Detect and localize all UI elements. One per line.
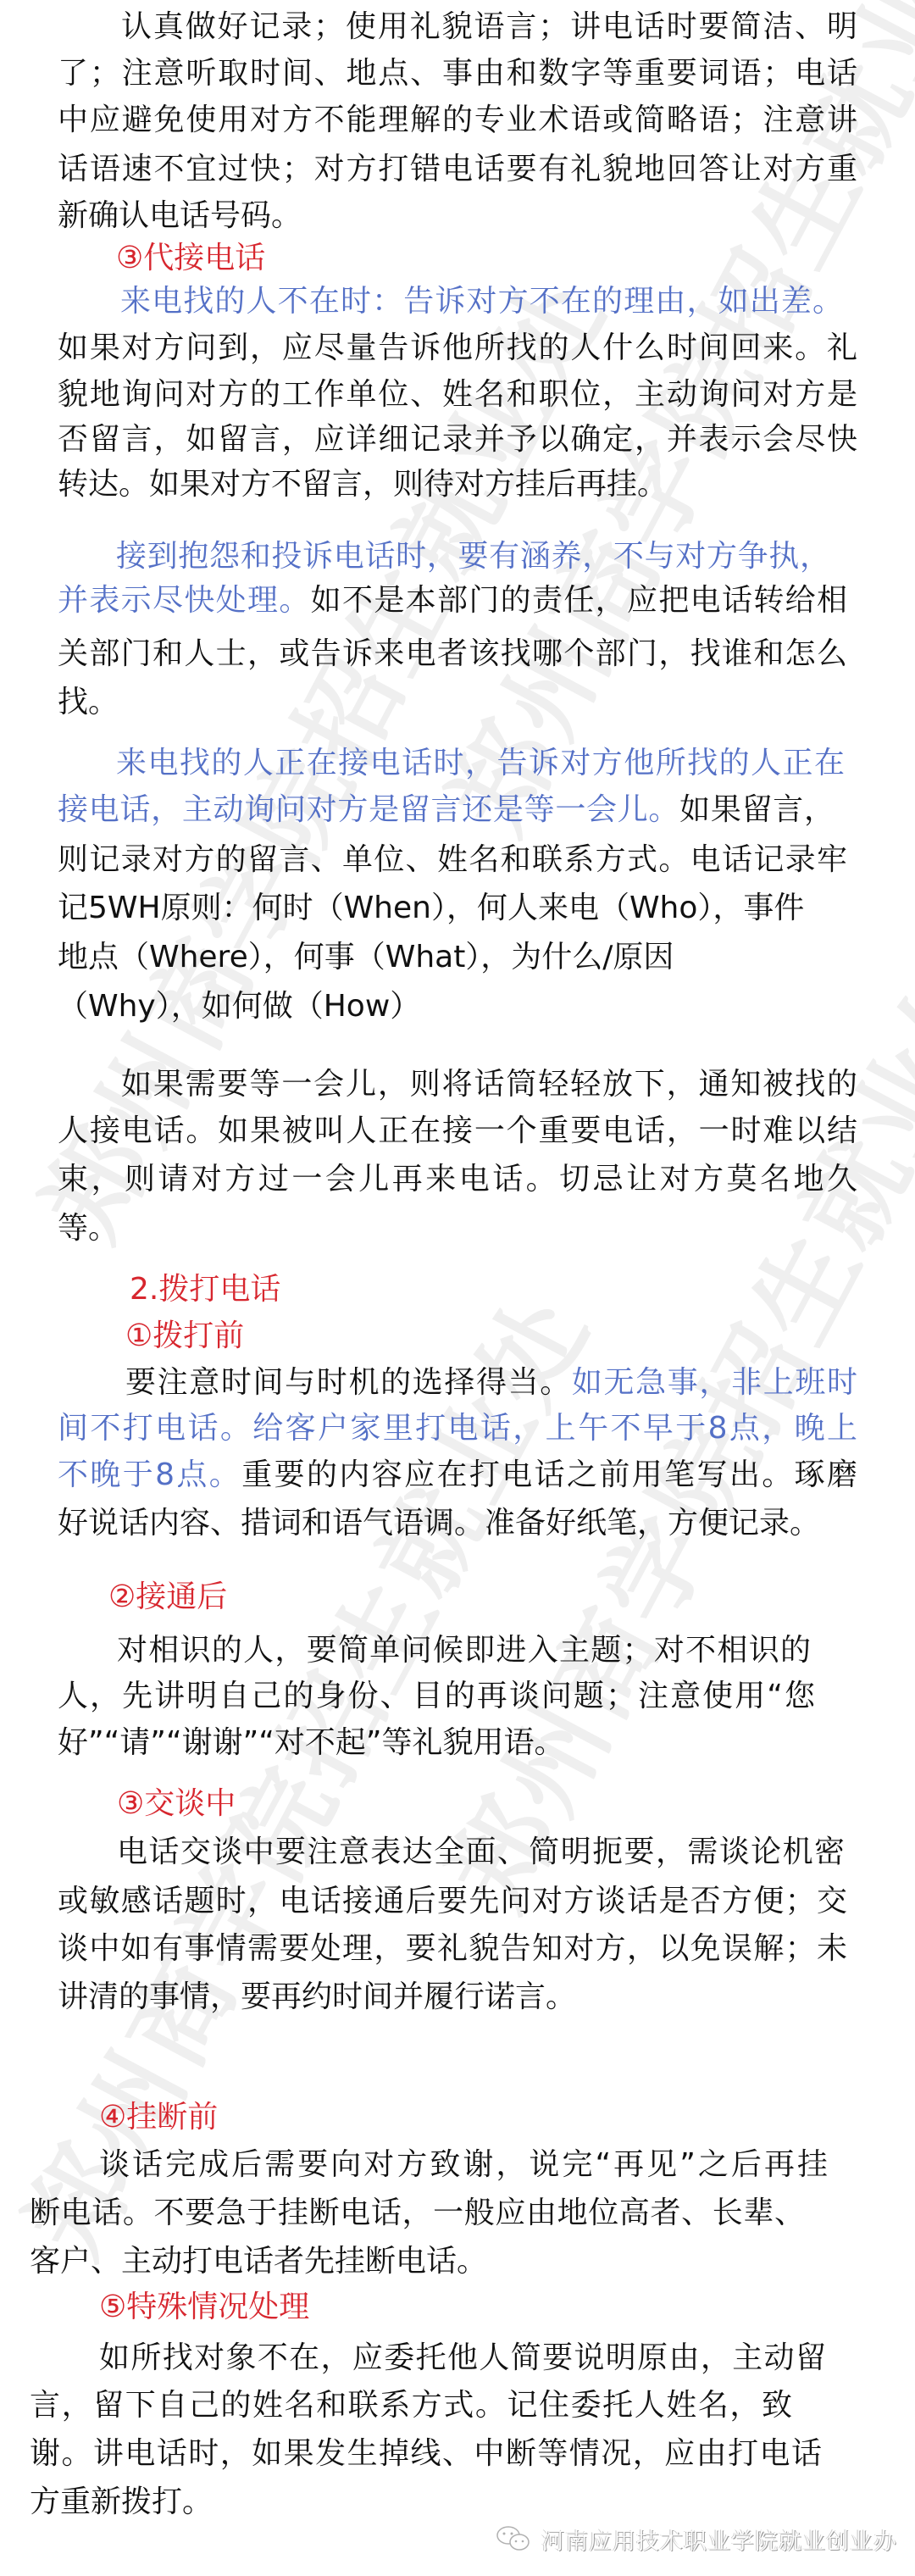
text-line: 来电找的人不在时：告诉对方不在的理由，如出差。 (120, 278, 843, 325)
text-line: 来电找的人正在接电话时，告诉对方他所找的人正在 (116, 740, 845, 787)
text-line: 电话交谈中要注意表达全面、简明扼要，需谈论机密 (117, 1829, 845, 1876)
section-heading: 2.拨打电话 (130, 1266, 280, 1313)
section-heading: ①拨打前 (125, 1313, 244, 1360)
text-line: 话语速不宜过快；对方打错电话要有礼貌地回答让对方重 (58, 146, 857, 193)
text-line: 等。 (58, 1205, 119, 1252)
text-line: 谈话完成后需要向对方致谢，说完“再见”之后再挂 (99, 2141, 828, 2189)
body-text: 人，先讲明自己的身份、目的再谈问题；注意使用“您 (58, 1679, 815, 1713)
text-line: 对相识的人，要简单问候即进入主题；对不相识的 (117, 1627, 811, 1674)
body-text: 或敏感话题时，电话接通后要先问对方谈话是否方便；交 (58, 1884, 847, 1918)
body-text: （Why），如何做（How） (58, 989, 420, 1024)
text-line: 方重新拨打。 (30, 2479, 213, 2526)
body-text: 谈话完成后需要向对方致谢，说完“再见”之后再挂 (99, 2147, 828, 2182)
text-line: 地点（Where），何事（What），为什么/原因 (58, 934, 674, 981)
section-heading: ③代接电话 (116, 235, 265, 282)
body-text: 了；注意听取时间、地点、事由和数字等重要词语；电话 (58, 56, 857, 91)
body-text: 言，留下自己的姓名和联系方式。记住委托人姓名，致 (30, 2388, 792, 2423)
body-text: 人接电话。如果被叫人正在接一个重要电话，一时难以结 (58, 1113, 857, 1148)
body-text: 如果留言， (679, 792, 835, 827)
text-line: 并表示尽快处理。如不是本部门的责任，应把电话转给相 (58, 577, 847, 625)
highlighted-text: 接到抱怨和投诉电话时，要有涵养，不与对方争执， (116, 539, 830, 574)
body-text: 新确认电话号码。 (58, 198, 302, 233)
body-text: 关部门和人士，或告诉来电者该找哪个部门，找谁和怎么 (58, 636, 847, 671)
body-text: 地点（Where），何事（What），为什么/原因 (58, 940, 674, 974)
text-line: 找。 (58, 679, 119, 726)
text-line: 关部门和人士，或告诉来电者该找哪个部门，找谁和怎么 (58, 630, 847, 678)
text-line: 客户、主动打电话者先挂断电话。 (30, 2238, 487, 2285)
wechat-icon (496, 2524, 533, 2553)
text-line: 束，则请对方过一会儿再来电话。切忌让对方莫名地久 (58, 1156, 857, 1203)
body-text: 等。 (58, 1211, 119, 1246)
highlighted-text: 来电找的人不在时：告诉对方不在的理由，如出差。 (120, 284, 843, 319)
heading-text: ②接通后 (108, 1579, 227, 1614)
body-text: 记5WH原则：何时（When），何人来电（Who），事件 (58, 891, 804, 925)
highlighted-text: 接电话，主动询问对方是留言还是等一会儿。 (58, 792, 679, 827)
body-text: 中应避免使用对方不能理解的专业术语或简略语；注意讲 (58, 103, 857, 137)
text-line: 如所找对象不在，应委托他人简要说明原由，主动留 (99, 2334, 826, 2382)
body-text: 对相识的人，要简单问候即进入主题；对不相识的 (117, 1633, 811, 1668)
body-text: 讲清的事情，要再约时间并履行诺言。 (58, 1979, 576, 2014)
body-text: 如所找对象不在，应委托他人简要说明原由，主动留 (99, 2340, 826, 2375)
heading-text: ③交谈中 (117, 1786, 236, 1821)
section-heading: ②接通后 (108, 1574, 227, 1621)
highlighted-text: 不晚于8点。 (58, 1457, 241, 1492)
body-text: 则记录对方的留言、单位、姓名和联系方式。电话记录牢 (58, 842, 847, 877)
text-line: 好说话内容、措词和语气语调。准备好纸笔，方便记录。 (58, 1500, 820, 1547)
highlighted-text: 间不打电话。给客户家里打电话，上午不早于8点，晚上 (58, 1411, 857, 1446)
text-line: 如果对方问到，应尽量告诉他所找的人什么时间回来。礼 (58, 325, 857, 372)
text-line: 如果需要等一会儿，则将话筒轻轻放下，通知被找的 (121, 1061, 857, 1108)
text-line: 貌地询问对方的工作单位、姓名和职位，主动询问对方是 (58, 371, 857, 419)
body-text: 客户、主动打电话者先挂断电话。 (30, 2244, 487, 2279)
heading-text: ③代接电话 (116, 241, 265, 275)
text-line: 间不打电话。给客户家里打电话，上午不早于8点，晚上 (58, 1405, 857, 1452)
highlighted-text: 如无急事，非上班时 (572, 1365, 857, 1400)
body-text: 重要的内容应在打电话之前用笔写出。琢磨 (241, 1457, 857, 1492)
text-line: 或敏感话题时，电话接通后要先问对方谈话是否方便；交 (58, 1878, 847, 1925)
account-attribution: 河南应用技术职业学院就业创业办 (496, 2523, 897, 2554)
heading-text: ⑤特殊情况处理 (99, 2290, 309, 2324)
text-line: 谈中如有事情需要处理，要礼貌告知对方，以免误解；未 (58, 1925, 847, 1973)
text-line: 好”“请”“谢谢”“对不起”等礼貌用语。 (58, 1719, 565, 1767)
body-text: 如果对方问到，应尽量告诉他所找的人什么时间回来。礼 (58, 330, 857, 365)
body-text: 如不是本部门的责任，应把电话转给相 (311, 583, 847, 618)
text-line: 认真做好记录；使用礼貌语言；讲电话时要简洁、明 (121, 3, 857, 51)
text-line: 记5WH原则：何时（When），何人来电（Who），事件 (58, 885, 804, 932)
text-line: 断电话。不要急于挂断电话，一般应由地位高者、长辈、 (30, 2190, 805, 2237)
body-text: 方重新拨打。 (30, 2484, 213, 2519)
text-line: 不晚于8点。重要的内容应在打电话之前用笔写出。琢磨 (58, 1452, 857, 1499)
text-line: 新确认电话号码。 (58, 192, 302, 240)
section-heading: ③交谈中 (117, 1780, 236, 1828)
text-line: 谢。讲电话时，如果发生掉线、中断等情况，应由打电话 (30, 2430, 822, 2478)
heading-text: 2.拨打电话 (130, 1272, 280, 1307)
body-text: 好”“请”“谢谢”“对不起”等礼貌用语。 (58, 1725, 565, 1760)
account-name: 河南应用技术职业学院就业创业办 (541, 2523, 897, 2556)
body-text: 好说话内容、措词和语气语调。准备好纸笔，方便记录。 (58, 1506, 820, 1541)
heading-text: ④挂断前 (99, 2100, 218, 2135)
text-line: 了；注意听取时间、地点、事由和数字等重要词语；电话 (58, 50, 857, 97)
body-text: 断电话。不要急于挂断电话，一般应由地位高者、长辈、 (30, 2196, 805, 2230)
text-line: 讲清的事情，要再约时间并履行诺言。 (58, 1974, 576, 2021)
body-text: 如果需要等一会儿，则将话筒轻轻放下，通知被找的 (121, 1067, 857, 1102)
text-line: 人，先讲明自己的身份、目的再谈问题；注意使用“您 (58, 1673, 815, 1720)
text-line: 接到抱怨和投诉电话时，要有涵养，不与对方争执， (116, 533, 830, 580)
body-text: 貌地询问对方的工作单位、姓名和职位，主动询问对方是 (58, 377, 857, 412)
body-text: 认真做好记录；使用礼貌语言；讲电话时要简洁、明 (121, 9, 857, 44)
text-line: 否留言，如留言，应详细记录并予以确定，并表示会尽快 (58, 416, 857, 464)
highlighted-text: 来电找的人正在接电话时，告诉对方他所找的人正在 (116, 746, 845, 780)
text-line: 要注意时间与时机的选择得当。如无急事，非上班时 (125, 1359, 857, 1407)
body-text: 电话交谈中要注意表达全面、简明扼要，需谈论机密 (117, 1835, 845, 1869)
section-heading: ⑤特殊情况处理 (99, 2284, 309, 2331)
body-text: 束，则请对方过一会儿再来电话。切忌让对方莫名地久 (58, 1162, 857, 1196)
text-line: 人接电话。如果被叫人正在接一个重要电话，一时难以结 (58, 1108, 857, 1155)
text-line: （Why），如何做（How） (58, 983, 420, 1030)
text-line: 则记录对方的留言、单位、姓名和联系方式。电话记录牢 (58, 836, 847, 884)
body-text: 转达。如果对方不留言，则待对方挂后再挂。 (58, 467, 668, 502)
text-line: 言，留下自己的姓名和联系方式。记住委托人姓名，致 (30, 2382, 792, 2429)
section-heading: ④挂断前 (99, 2094, 218, 2141)
body-text: 要注意时间与时机的选择得当。 (125, 1365, 572, 1400)
body-text: 话语速不宜过快；对方打错电话要有礼貌地回答让对方重 (58, 152, 857, 186)
text-line: 转达。如果对方不留言，则待对方挂后再挂。 (58, 461, 668, 508)
text-line: 中应避免使用对方不能理解的专业术语或简略语；注意讲 (58, 97, 857, 144)
text-line: 接电话，主动询问对方是留言还是等一会儿。如果留言， (58, 786, 835, 834)
heading-text: ①拨打前 (125, 1319, 244, 1353)
body-text: 否留言，如留言，应详细记录并予以确定，并表示会尽快 (58, 422, 857, 457)
body-text: 谢。讲电话时，如果发生掉线、中断等情况，应由打电话 (30, 2436, 822, 2471)
highlighted-text: 并表示尽快处理。 (58, 583, 311, 618)
body-text: 找。 (58, 685, 119, 719)
body-text: 谈中如有事情需要处理，要礼貌告知对方，以免误解；未 (58, 1931, 847, 1966)
